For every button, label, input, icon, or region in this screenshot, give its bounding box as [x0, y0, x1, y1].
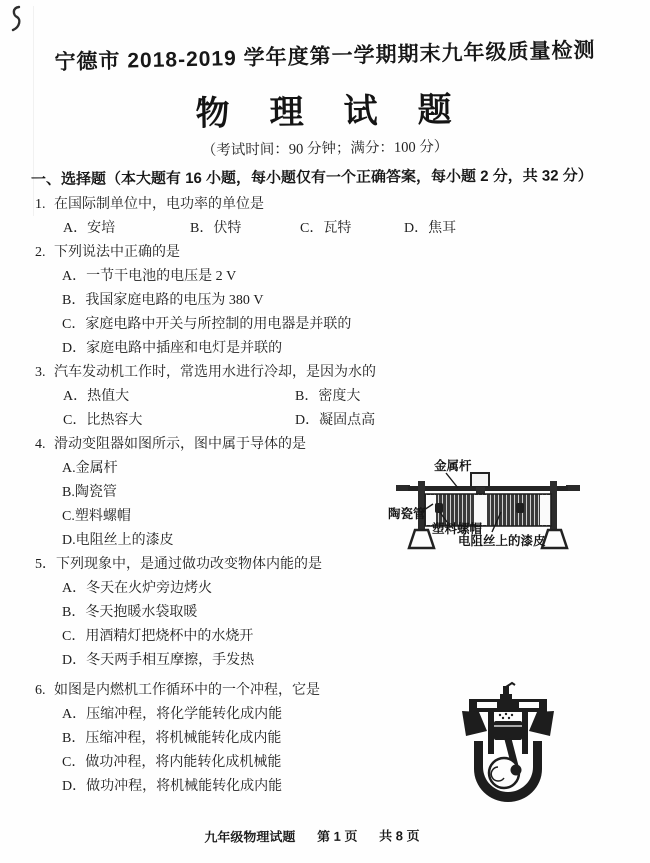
right-binding-post [516, 503, 524, 513]
question-stem: 3.汽车发动机工作时，常选用水进行冷却，是因为水的 [0, 361, 650, 385]
left-end-plate [418, 481, 425, 530]
question-number: 5． [35, 553, 56, 577]
option-d: D．焦耳 [404, 217, 456, 241]
question-stem: 1.在国际制单位中，电功率的单位是 [0, 193, 650, 217]
option-a: A．冬天在火炉旁边烤火 [0, 577, 650, 601]
option-text: 热值大 [87, 389, 129, 404]
option-label: D． [404, 221, 428, 236]
question-text: 滑动变阻器如图所示，图中属于导体的是 [54, 437, 306, 452]
spray-dot [499, 714, 501, 716]
option-d: D．家庭电路中插座和电灯是并联的 [0, 337, 650, 361]
rod-right-tab [566, 485, 580, 491]
option-label: D． [62, 341, 86, 356]
option-text: 一节干电池的电压是 2 V [86, 269, 236, 284]
options-row: A．安培 B．伏特 C．瓦特 D．焦耳 [0, 217, 650, 241]
option-b: B．冬天抱暖水袋取暖 [0, 601, 650, 625]
option-b: B．我国家庭电路的电压为 380 V [0, 289, 650, 313]
option-label: C. [62, 509, 75, 524]
left-foot [409, 530, 434, 548]
option-c: C．家庭电路中开关与所控制的用电器是并联的 [0, 313, 650, 337]
option-label: D． [62, 653, 86, 668]
option-text: 用酒精灯把烧杯中的水烧开 [85, 629, 253, 644]
option-label: A． [63, 389, 87, 404]
exam-paper-page: 宁德市 2018-2019 学年度第一学期期末九年级质量检测 物 理 试 题 （… [0, 0, 650, 863]
spray-dot [505, 713, 507, 715]
option-c: C．比热容大 [63, 409, 295, 433]
question-number: 6. [35, 679, 54, 703]
option-label: A． [63, 221, 87, 236]
option-text: 家庭电路中插座和电灯是并联的 [86, 341, 282, 356]
engine-figure [462, 681, 554, 811]
figure-label-metal-rod: 金属杆 [434, 458, 472, 473]
option-label: A． [62, 707, 86, 722]
option-c: C．用酒精灯把烧杯中的水烧开 [0, 625, 650, 649]
options-row: C．比热容大 D．凝固点高 [0, 409, 650, 433]
spark-plug [503, 686, 509, 695]
head-slot-right [519, 702, 539, 708]
footer-total-label: 共 8 页 [379, 828, 420, 843]
question-number: 2. [35, 241, 54, 265]
option-a: A．一节干电池的电压是 2 V [0, 265, 650, 289]
option-text: 陶瓷管 [75, 485, 117, 500]
option-a: A．安培 [63, 217, 190, 241]
option-text: 金属杆 [76, 461, 118, 476]
option-text: 塑料螺帽 [75, 509, 131, 524]
port-left [462, 711, 487, 736]
option-label: C． [62, 317, 85, 332]
subject-title: 物 理 试 题 [0, 79, 650, 138]
question-text: 下列说法中正确的是 [54, 245, 180, 260]
piston [494, 721, 522, 740]
question-3: 3.汽车发动机工作时，常选用水进行冷却，是因为水的 A．热值大 B．密度大 C．… [0, 361, 650, 433]
figure-label-ceramic-tube: 陶瓷管 [388, 506, 426, 521]
option-label: C． [62, 755, 85, 770]
coil-right-cap [540, 495, 550, 525]
port-right [529, 711, 554, 736]
slider [471, 473, 489, 487]
rheostat-figure: 金属杆 陶瓷管 塑料螺帽 电阻丝上的漆皮 [388, 452, 650, 556]
stray-ink-mark [8, 5, 24, 33]
question-2: 2.下列说法中正确的是 A．一节干电池的电压是 2 V B．我国家庭电路的电压为… [0, 241, 650, 361]
spray-dot [502, 717, 504, 719]
question-text: 下列现象中，是通过做功改变物体内能的是 [56, 557, 322, 572]
option-text: 比热容大 [86, 413, 142, 428]
option-label: C． [62, 629, 85, 644]
option-text: 冬天抱暖水袋取暖 [85, 605, 197, 620]
question-stem: 5．下列现象中，是通过做功改变物体内能的是 [0, 553, 650, 577]
option-label: A. [62, 461, 76, 476]
option-label: B． [62, 731, 85, 746]
option-text: 电阻丝上的漆皮 [76, 533, 174, 548]
option-label: D． [62, 779, 86, 794]
footer-doc-label: 九年级物理试题 [204, 829, 295, 845]
question-text: 如图是内燃机工作循环中的一个冲程，它是 [54, 683, 320, 698]
coil-middle-gap [474, 495, 487, 525]
option-text: 压缩冲程，将机械能转化成内能 [85, 731, 281, 746]
option-a: A．热值大 [63, 385, 295, 409]
option-text: 凝固点高 [319, 413, 375, 428]
option-text: 冬天两手相互摩擦，手发热 [86, 653, 254, 668]
option-b: B．伏特 [190, 217, 300, 241]
option-label: B． [295, 389, 318, 404]
footer-page-label: 第 1 页 [317, 829, 358, 844]
option-label: D. [62, 533, 76, 548]
rod-left-tab [396, 485, 410, 491]
option-text: 焦耳 [428, 221, 456, 236]
question-number: 1. [35, 193, 54, 217]
question-1: 1.在国际制单位中，电功率的单位是 A．安培 B．伏特 C．瓦特 D．焦耳 [0, 193, 650, 241]
coil-left-cap [426, 495, 436, 525]
page-footer: 九年级物理试题 第 1 页 共 8 页 [0, 824, 624, 847]
option-c: C．瓦特 [300, 217, 404, 241]
option-d: D．凝固点高 [295, 409, 375, 433]
spray-dot [511, 714, 513, 716]
exam-title: 宁德市 2018-2019 学年度第一学期期末九年级质量检测 [0, 33, 650, 78]
option-label: A． [62, 581, 86, 596]
option-text: 瓦特 [323, 221, 351, 236]
option-text: 压缩冲程，将化学能转化成内能 [86, 707, 282, 722]
question-number: 4. [35, 433, 54, 457]
option-label: B． [62, 605, 85, 620]
cylinder-wall-right [522, 712, 528, 754]
option-label: B. [62, 485, 75, 500]
question-text: 汽车发动机工作时，常选用水进行冷却，是因为水的 [54, 365, 376, 380]
option-text: 伏特 [213, 221, 241, 236]
option-text: 我国家庭电路的电压为 380 V [85, 293, 263, 308]
spray-dot [508, 717, 510, 719]
option-label: D． [295, 413, 319, 428]
question-stem: 2.下列说法中正确的是 [0, 241, 650, 265]
question-number: 3. [35, 361, 54, 385]
options-row: A．热值大 B．密度大 [0, 385, 650, 409]
option-label: A． [62, 269, 86, 284]
section-heading: 一、选择题（本大题有 16 小题，每小题仅有一个正确答案，每小题 2 分，共 3… [31, 164, 641, 189]
option-text: 做功冲程，将机械能转化成内能 [86, 779, 282, 794]
option-b: B．密度大 [295, 385, 360, 409]
head-slot-left [477, 702, 497, 708]
figure-label-paint: 电阻丝上的漆皮 [458, 533, 546, 548]
option-label: C． [63, 413, 86, 428]
cylinder-wall-left [488, 712, 494, 754]
option-text: 家庭电路中开关与所控制的用电器是并联的 [85, 317, 351, 332]
leader-metal-rod [446, 473, 458, 488]
option-label: B． [62, 293, 85, 308]
right-foot [542, 530, 567, 548]
crank-pin [511, 765, 522, 776]
question-text: 在国际制单位中，电功率的单位是 [54, 197, 264, 212]
option-text: 冬天在火炉旁边烤火 [86, 581, 212, 596]
option-text: 做功冲程，将内能转化成机械能 [85, 755, 281, 770]
option-label: B． [190, 221, 213, 236]
option-text: 安培 [87, 221, 115, 236]
question-5: 5．下列现象中，是通过做功改变物体内能的是 A．冬天在火炉旁边烤火 B．冬天抱暖… [0, 553, 650, 673]
option-text: 密度大 [318, 389, 360, 404]
option-label: C． [300, 221, 323, 236]
option-d: D．冬天两手相互摩擦，手发热 [0, 649, 650, 673]
